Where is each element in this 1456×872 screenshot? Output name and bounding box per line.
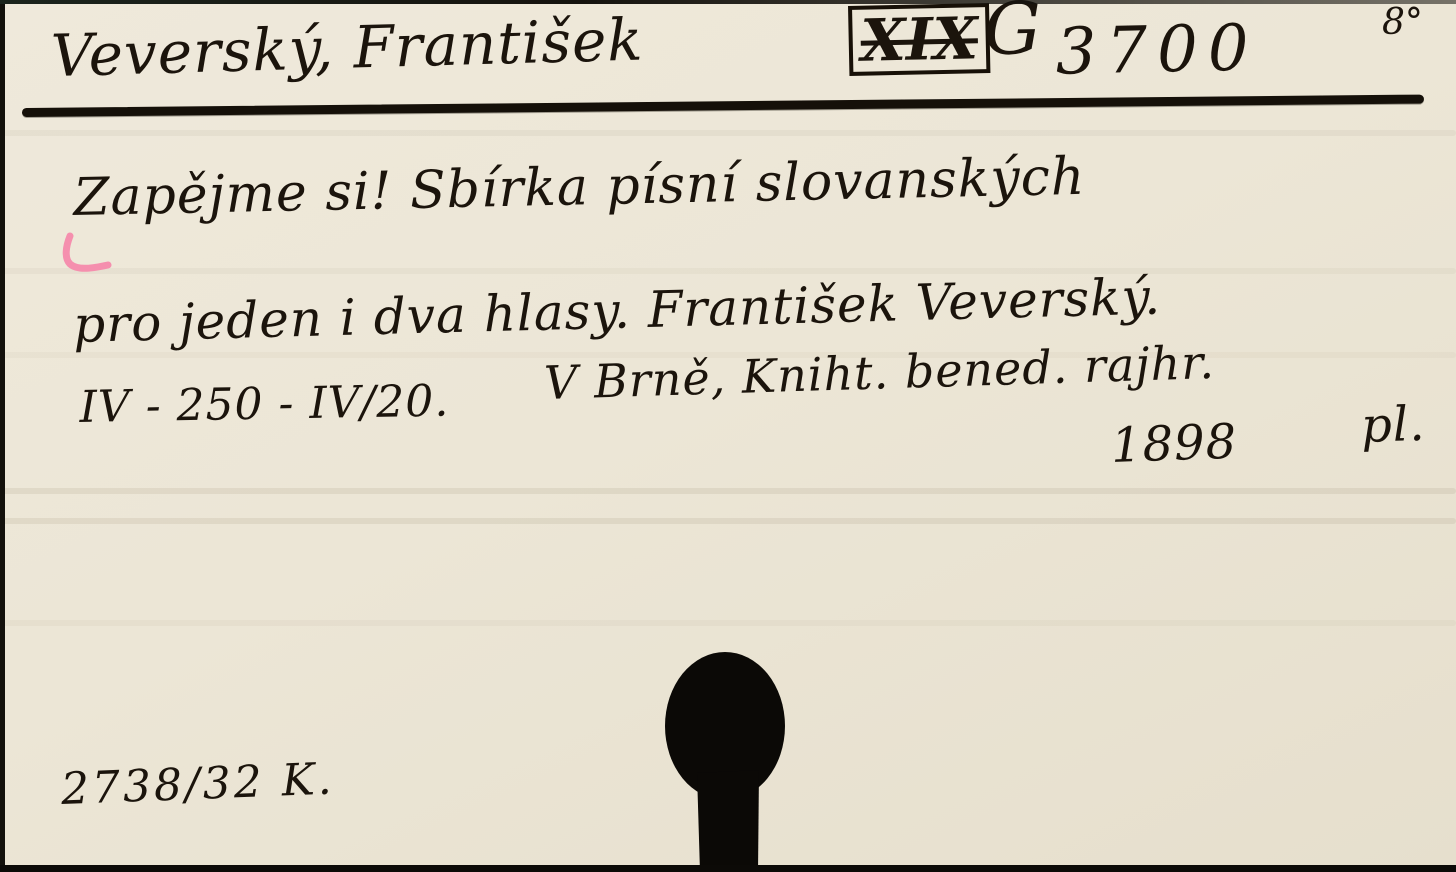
shelfmark: XIX G 3700 [848, 0, 1259, 94]
imprint: V Brně, Kniht. bened. rajhr. [543, 335, 1215, 410]
title-line-1: Zapějme si! Sbírka písní slovanských [73, 147, 1086, 228]
faint-rule-line [0, 268, 1456, 274]
author-heading: Veverský, František [50, 5, 644, 90]
faint-rule-line [0, 488, 1456, 494]
publication-year: 1898 [1110, 414, 1238, 474]
format-designation: 8° [1382, 2, 1423, 43]
faint-rule-line [0, 518, 1456, 524]
shelfmark-roman-class: XIX [848, 3, 991, 76]
shelfmark-letter: G [983, 0, 1042, 62]
catalog-card: Veverský, František XIX G 3700 8° Zapějm… [0, 0, 1456, 872]
accession-number: 2738/32 K. [60, 754, 335, 815]
scan-edge-top [0, 0, 1456, 4]
faint-rule-line [0, 130, 1456, 136]
shelfmark-number: 3700 [1055, 11, 1259, 89]
scan-edge-left [0, 0, 5, 872]
faint-rule-line [0, 620, 1456, 626]
header-rule-line [22, 95, 1424, 117]
punch-hole [655, 645, 805, 872]
pink-checkmark [56, 232, 146, 282]
scan-edge-bottom [0, 865, 1456, 872]
collation-note: IV - 250 - IV/20. [79, 376, 450, 433]
plates-note: pl. [1360, 396, 1426, 454]
